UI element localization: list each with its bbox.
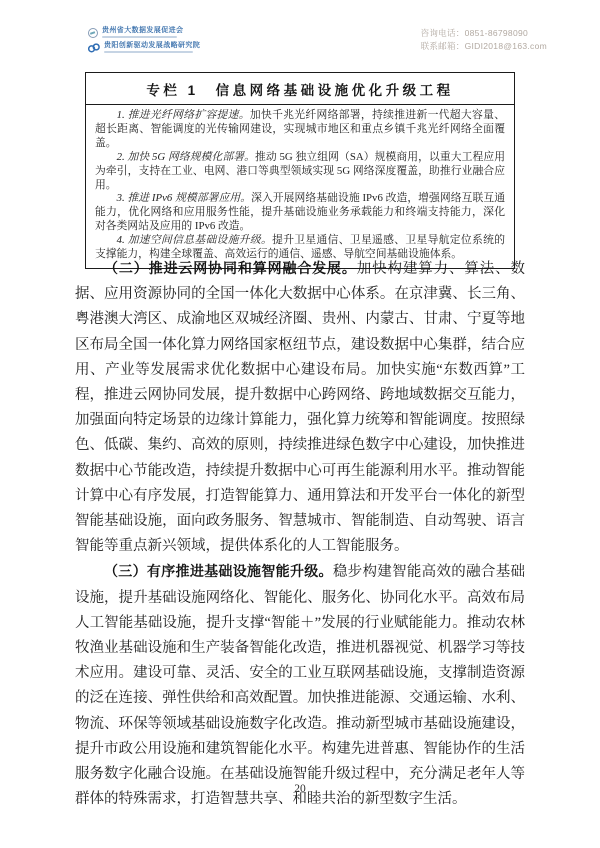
box-item-2: 2. 加快 5G 网络规模化部署。推动 5G 独立组网（SA）规模商用，以重大工… (95, 151, 505, 193)
association-name: 贵州省大数据发展促进会 (102, 27, 183, 35)
page-header: 贵州省大数据发展促进会 贵阳创新驱动发展战略研究院 咨询电话：0851-86 (88, 27, 547, 53)
contact-phone-label: 咨询电话： (421, 28, 465, 38)
contact-email-line: 联系邮箱：GIDI2018@163.com (421, 40, 547, 53)
box-item-2-lead: 2. 加快 5G 网络规模化部署。 (117, 151, 255, 163)
institute-emblem-icon (88, 43, 100, 53)
box-item-3-lead: 3. 推进 IPv6 规模部署应用。 (117, 192, 252, 204)
paragraph-3: （三）有序推进基础设施智能升级。稳步构建智能高效的融合基础设施，提升基础设施网络… (75, 559, 525, 812)
institute-logo-row: 贵阳创新驱动发展战略研究院 (88, 42, 200, 53)
contact-phone-line: 咨询电话：0851-86798090 (421, 27, 547, 40)
institute-subtext-line (104, 51, 193, 53)
page-footer: 20 (0, 783, 600, 795)
paragraph-2: （二）推进云网协同和算网融合发展。加快构建算力、算法、数据、应用资源协同的全国一… (75, 256, 525, 559)
box-item-1: 1. 推进光纤网络扩容提速。加快千兆光纤网络部署，持续推进新一代超大容量、超长距… (95, 109, 505, 151)
contact-phone-value: 0851-86798090 (465, 28, 528, 38)
paragraph-2-body: 加快构建算力、算法、数据、应用资源协同的全国一体化大数据中心体系。在京津冀、长三… (75, 261, 525, 554)
contact-email-value: GIDI2018@163.com (465, 41, 547, 51)
body-text: （二）推进云网协同和算网融合发展。加快构建算力、算法、数据、应用资源协同的全国一… (75, 256, 525, 812)
contact-block: 咨询电话：0851-86798090 联系邮箱：GIDI2018@163.com (421, 27, 547, 52)
box-item-3: 3. 推进 IPv6 规模部署应用。深入开展网络基础设施 IPv6 改造，增强网… (95, 192, 505, 234)
column-box-body: 1. 推进光纤网络扩容提速。加快千兆光纤网络部署，持续推进新一代超大容量、超长距… (86, 105, 514, 268)
contact-email-label: 联系邮箱： (421, 41, 465, 51)
paragraph-3-body: 稳步构建智能高效的融合基础设施，提升基础设施网络化、智能化、服务化、协同化水平。… (75, 564, 525, 807)
logo-block: 贵州省大数据发展促进会 贵阳创新驱动发展战略研究院 (88, 27, 200, 53)
paragraph-3-lead: （三）有序推进基础设施智能升级。 (104, 563, 333, 579)
association-emblem-icon (88, 28, 98, 38)
box-item-1-lead: 1. 推进光纤网络扩容提速。 (117, 109, 250, 121)
column-box: 专栏 1 信息网络基础设施优化升级工程 1. 推进光纤网络扩容提速。加快千兆光纤… (85, 72, 515, 269)
box-item-4-lead: 4. 加速空间信息基础设施升级。 (117, 234, 273, 246)
institute-name: 贵阳创新驱动发展战略研究院 (104, 42, 200, 50)
document-page: 贵州省大数据发展促进会 贵阳创新驱动发展战略研究院 咨询电话：0851-86 (0, 0, 600, 848)
paragraph-2-lead: （二）推进云网协同和算网融合发展。 (104, 260, 357, 276)
page-number: 20 (294, 783, 306, 795)
association-logo-row: 贵州省大数据发展促进会 (88, 27, 200, 38)
column-box-title: 专栏 1 信息网络基础设施优化升级工程 (86, 73, 514, 105)
association-subtext-line (102, 36, 177, 38)
